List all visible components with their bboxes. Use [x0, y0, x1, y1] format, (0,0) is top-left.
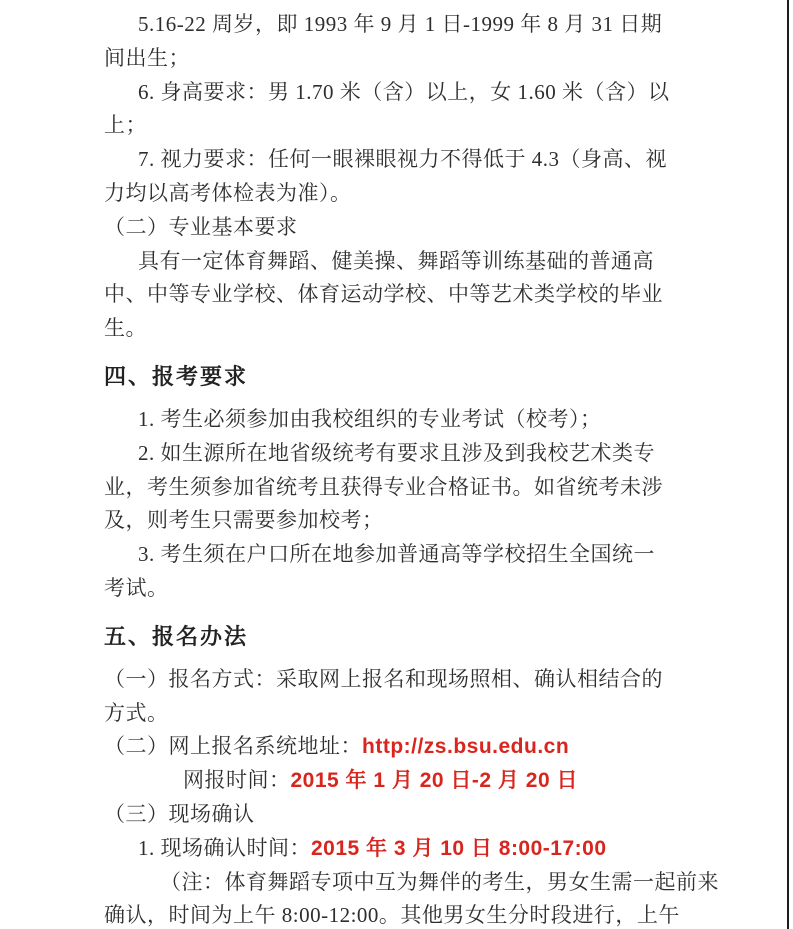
text-line: （二）专业基本要求	[104, 211, 690, 245]
text-segment: 力均以高考体检表为准）。	[104, 181, 352, 205]
text-line: 5.16-22 周岁，即 1993 年 9 月 1 日-1999 年 8 月 3…	[104, 8, 690, 42]
text-segment: 3. 考生须在户口所在地参加普通高等学校招生全国统一	[138, 542, 655, 566]
text-segment: 7. 视力要求：任何一眼裸眼视力不得低于 4.3（身高、视	[138, 147, 667, 171]
text-line: （二）网上报名系统地址：http://zs.bsu.edu.cn	[104, 730, 690, 764]
text-segment: 1. 现场确认时间：	[138, 836, 311, 860]
text-line: 2. 如生源所在地省级统考有要求且涉及到我校艺术类专	[104, 437, 690, 471]
text-segment: 具有一定体育舞蹈、健美操、舞蹈等训练基础的普通高	[138, 249, 654, 273]
text-line: 网报时间：2015 年 1 月 20 日-2 月 20 日	[104, 764, 690, 798]
text-segment: 确认，时间为上午 8:00-12:00。其他男女生分时段进行，上午	[104, 903, 680, 927]
text-segment: （三）现场确认	[104, 802, 255, 826]
section-heading: 四、报考要求	[104, 360, 690, 394]
text-segment: 生。	[104, 316, 147, 340]
text-segment: （一）报名方式：采取网上报名和现场照相、确认相结合的	[104, 667, 663, 691]
text-segment: 业，考生须参加省统考且获得专业合格证书。如省统考未涉	[104, 475, 663, 499]
text-line: 具有一定体育舞蹈、健美操、舞蹈等训练基础的普通高	[104, 245, 690, 279]
text-line: 生。	[104, 312, 690, 346]
highlight-red-text: 2015 年 3 月 10 日 8:00-17:00	[311, 837, 607, 860]
text-segment: 五、报名办法	[104, 624, 248, 649]
text-segment: 考试。	[104, 576, 169, 600]
text-line: 力均以高考体检表为准）。	[104, 177, 690, 211]
text-line: 7. 视力要求：任何一眼裸眼视力不得低于 4.3（身高、视	[104, 143, 690, 177]
text-line: （注：体育舞蹈专项中互为舞伴的考生，男女生需一起前来	[104, 866, 690, 900]
text-segment: （二）专业基本要求	[104, 215, 298, 239]
text-line: 中、中等专业学校、体育运动学校、中等艺术类学校的毕业	[104, 278, 690, 312]
text-segment: 2. 如生源所在地省级统考有要求且涉及到我校艺术类专	[138, 441, 655, 465]
text-line: （一）报名方式：采取网上报名和现场照相、确认相结合的	[104, 663, 690, 697]
text-line: （三）现场确认	[104, 798, 690, 832]
text-segment: 间出生；	[104, 46, 190, 70]
text-segment: （注：体育舞蹈专项中互为舞伴的考生，男女生需一起前来	[160, 870, 719, 894]
document-page: 5.16-22 周岁，即 1993 年 9 月 1 日-1999 年 8 月 3…	[0, 0, 793, 929]
text-segment: 网报时间：	[183, 768, 291, 792]
text-line: 3. 考生须在户口所在地参加普通高等学校招生全国统一	[104, 538, 690, 572]
text-line: 1. 现场确认时间：2015 年 3 月 10 日 8:00-17:00	[104, 832, 690, 866]
text-line: 确认，时间为上午 8:00-12:00。其他男女生分时段进行，上午	[104, 899, 690, 929]
text-segment: 四、报考要求	[104, 364, 248, 389]
text-segment: （二）网上报名系统地址：	[104, 734, 362, 758]
text-line: 1. 考生必须参加由我校组织的专业考试（校考）；	[104, 403, 690, 437]
text-line: 上；	[104, 109, 690, 143]
text-line: 及，则考生只需要参加校考；	[104, 504, 690, 538]
text-line: 6. 身高要求：男 1.70 米（含）以上，女 1.60 米（含）以	[104, 76, 690, 110]
document-text-column: 5.16-22 周岁，即 1993 年 9 月 1 日-1999 年 8 月 3…	[104, 8, 690, 929]
text-line: 方式。	[104, 697, 690, 731]
text-segment: 1. 考生必须参加由我校组织的专业考试（校考）；	[138, 407, 602, 431]
section-heading: 五、报名办法	[104, 620, 690, 654]
text-segment: 5.16-22 周岁，即 1993 年 9 月 1 日-1999 年 8 月 3…	[138, 12, 662, 36]
text-line: 考试。	[104, 572, 690, 606]
text-line: 业，考生须参加省统考且获得专业合格证书。如省统考未涉	[104, 471, 690, 505]
text-segment: 中、中等专业学校、体育运动学校、中等艺术类学校的毕业	[104, 282, 663, 306]
scan-edge-line	[787, 0, 789, 929]
text-segment: 上；	[104, 113, 147, 137]
highlight-red-text: 2015 年 1 月 20 日-2 月 20 日	[291, 769, 578, 792]
highlight-red-text: http://zs.bsu.edu.cn	[362, 735, 569, 758]
text-segment: 方式。	[104, 701, 169, 725]
text-segment: 及，则考生只需要参加校考；	[104, 508, 384, 532]
text-line: 间出生；	[104, 42, 690, 76]
text-segment: 6. 身高要求：男 1.70 米（含）以上，女 1.60 米（含）以	[138, 80, 670, 104]
